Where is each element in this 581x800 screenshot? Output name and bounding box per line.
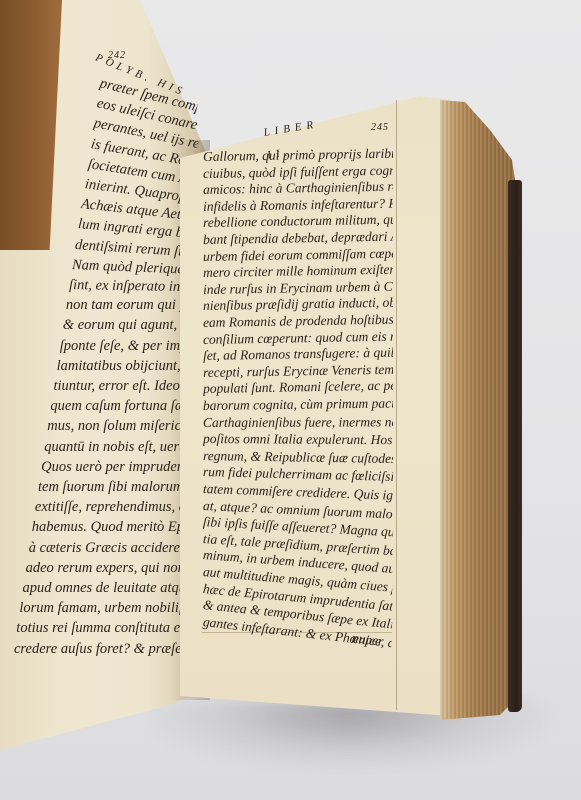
right-text-line: nuper (351, 627, 385, 653)
back-cover-leather (508, 180, 522, 712)
book-photo: 242 POLYB. HIS præter ſpem compoſitiseos… (0, 0, 581, 800)
right-folio: 245 (371, 117, 389, 140)
right-margin-rule (396, 100, 397, 710)
fore-edge-texture (440, 100, 515, 720)
